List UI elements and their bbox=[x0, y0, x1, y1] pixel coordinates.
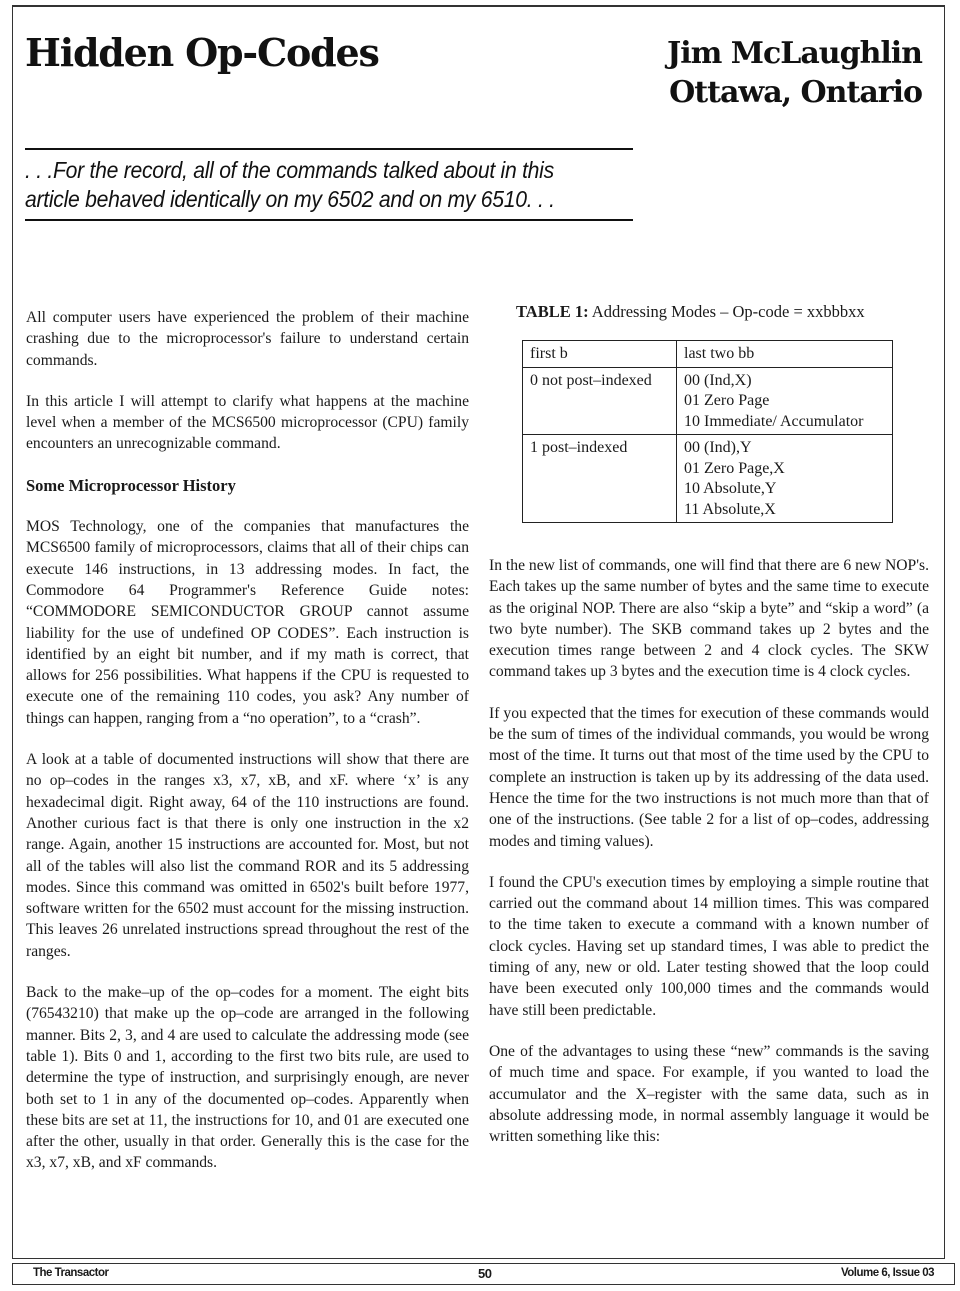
author-name: Jim McLaughlin bbox=[667, 34, 922, 73]
article-title: Hidden Op-Codes bbox=[25, 30, 379, 75]
table-cell-first-b: 0 not post–indexed bbox=[523, 367, 677, 435]
mode-entry: 01 Zero Page bbox=[684, 391, 884, 412]
table-cell-modes: 00 (Ind),Y 01 Zero Page,X 10 Absolute,Y … bbox=[677, 435, 893, 523]
paragraph: MOS Technology, one of the companies tha… bbox=[26, 516, 469, 729]
table-row: 1 post–indexed 00 (Ind),Y 01 Zero Page,X… bbox=[523, 435, 893, 523]
pull-quote-line-1: . . .For the record, all of the commands… bbox=[25, 156, 584, 185]
left-column: All computer users have experienced the … bbox=[26, 307, 469, 1194]
table-cell-modes: 00 (Ind,X) 01 Zero Page 10 Immediate/ Ac… bbox=[677, 367, 893, 435]
table-header-cell: last two bb bbox=[677, 341, 893, 368]
section-heading: Some Microprocessor History bbox=[26, 475, 469, 496]
paragraph: One of the advantages to using these “ne… bbox=[489, 1041, 929, 1147]
mode-entry: 10 Immediate/ Accumulator bbox=[684, 412, 884, 433]
table-cell-first-b: 1 post–indexed bbox=[523, 435, 677, 523]
byline: Jim McLaughlin Ottawa, Ontario bbox=[667, 34, 922, 112]
table-header-cell: first b bbox=[523, 341, 677, 368]
paragraph: Back to the make–up of the op–codes for … bbox=[26, 982, 469, 1174]
paragraph: In this article I will attempt to clarif… bbox=[26, 391, 469, 455]
issue-label: Volume 6, Issue 03 bbox=[841, 1267, 934, 1279]
page-number: 50 bbox=[478, 1266, 491, 1281]
paragraph: In the new list of commands, one will fi… bbox=[489, 555, 929, 683]
right-column: In the new list of commands, one will fi… bbox=[489, 555, 929, 1167]
mode-entry: 10 Absolute,Y bbox=[684, 479, 884, 500]
page-footer: The Transactor 50 Volume 6, Issue 03 bbox=[12, 1263, 955, 1285]
author-location: Ottawa, Ontario bbox=[667, 73, 922, 112]
mode-entry: 00 (Ind),Y bbox=[684, 438, 884, 459]
paragraph: If you expected that the times for execu… bbox=[489, 703, 929, 852]
table-caption-label: TABLE 1: bbox=[516, 302, 589, 321]
table-row: 0 not post–indexed 00 (Ind,X) 01 Zero Pa… bbox=[523, 367, 893, 435]
paragraph: I found the CPU's execution times by emp… bbox=[489, 872, 929, 1021]
mode-entry: 11 Absolute,X bbox=[684, 500, 884, 521]
table-caption: TABLE 1: Addressing Modes – Op-code = xx… bbox=[516, 302, 865, 322]
mode-entry: 00 (Ind,X) bbox=[684, 371, 884, 392]
mode-entry: 01 Zero Page,X bbox=[684, 459, 884, 480]
pull-quote: . . .For the record, all of the commands… bbox=[25, 148, 633, 221]
paragraph: A look at a table of documented instruct… bbox=[26, 749, 469, 962]
paragraph: All computer users have experienced the … bbox=[26, 307, 469, 371]
publication-name: The Transactor bbox=[33, 1267, 108, 1279]
pull-quote-line-2: article behaved identically on my 6502 a… bbox=[25, 185, 584, 214]
table-caption-text: Addressing Modes – Op-code = xxbbbxx bbox=[589, 302, 865, 321]
addressing-modes-table: first b last two bb 0 not post–indexed 0… bbox=[522, 340, 893, 523]
table-header-row: first b last two bb bbox=[523, 341, 893, 368]
